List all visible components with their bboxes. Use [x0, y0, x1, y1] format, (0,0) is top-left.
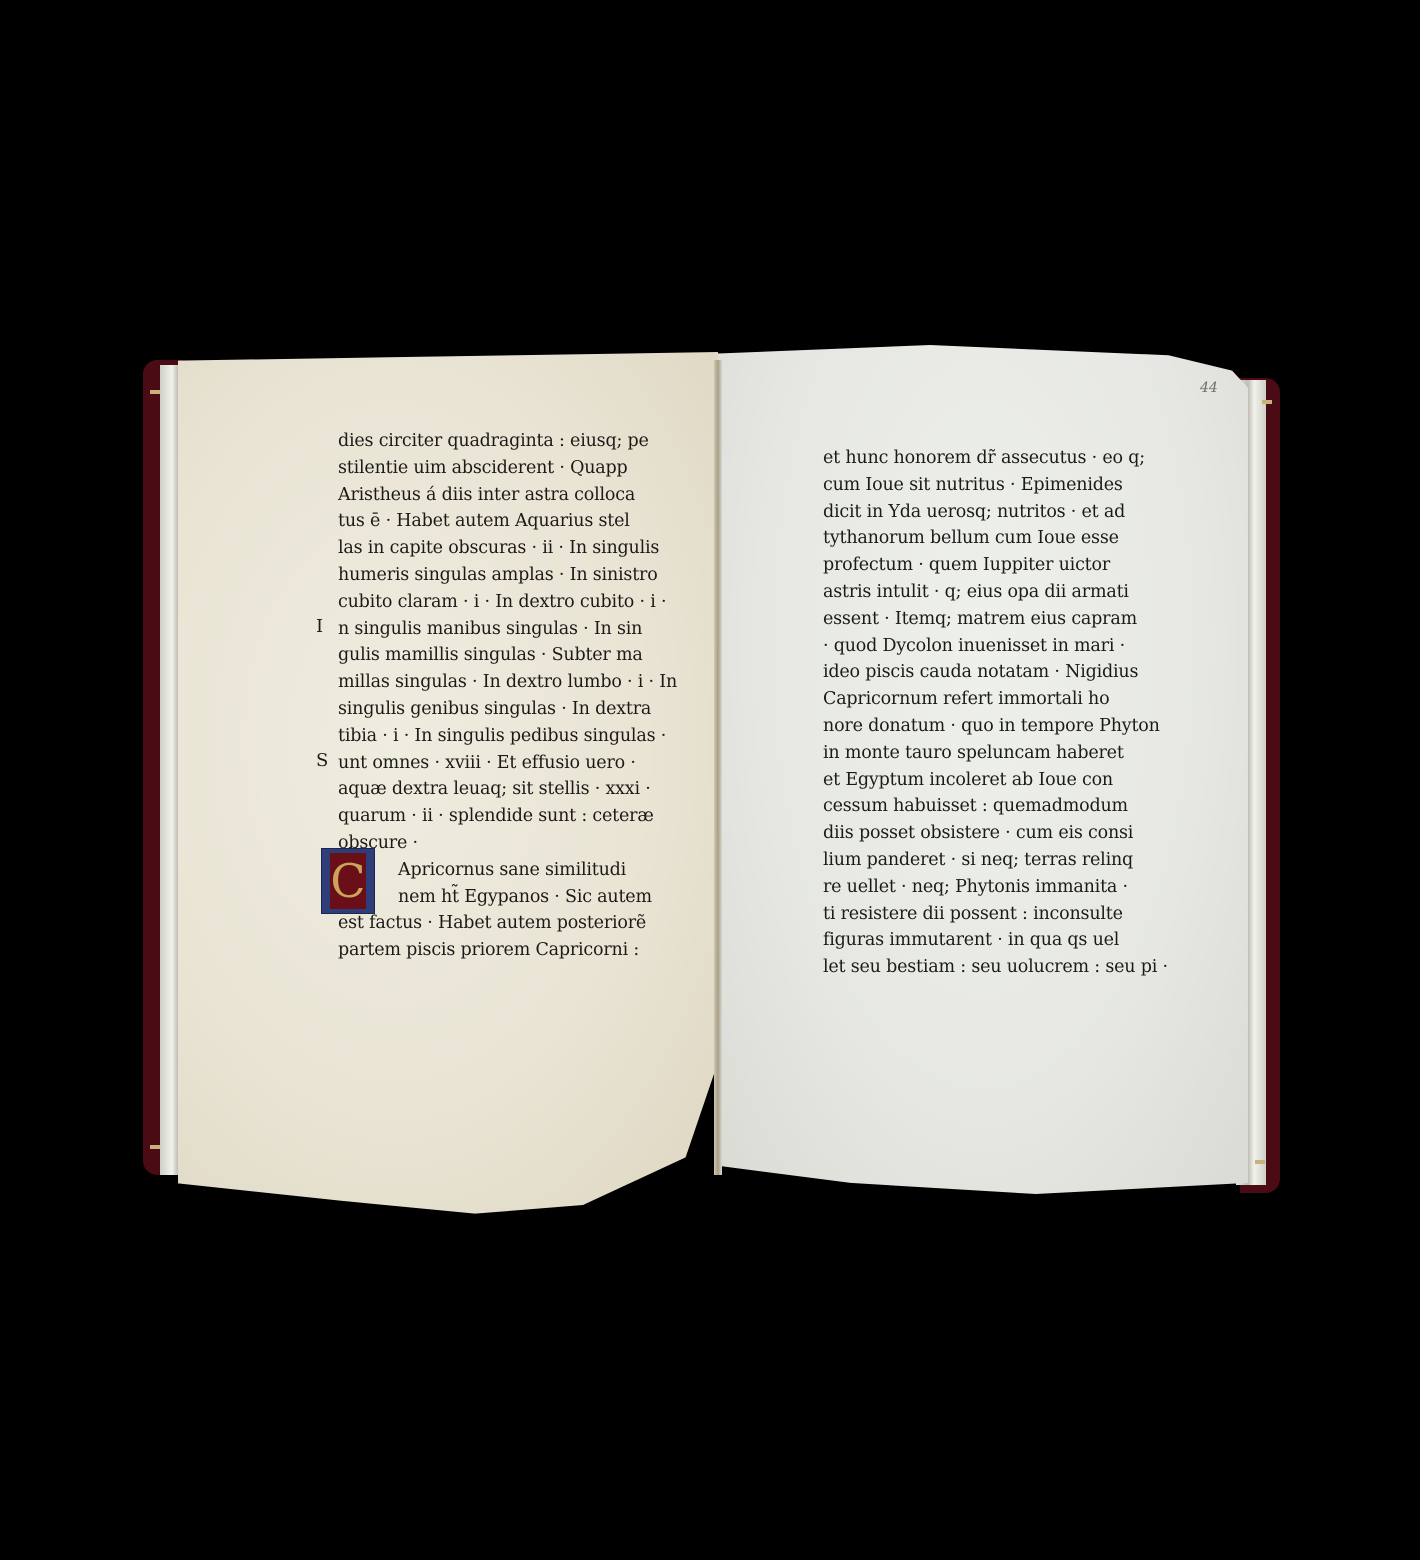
text-line: Capricornum refert immortali ho — [823, 686, 1168, 713]
book-gutter — [714, 360, 722, 1175]
text-line: cum Ioue sit nutritus · Epimenides — [823, 472, 1168, 499]
illuminated-initial: C — [321, 848, 375, 914]
text-line: dies circiter quadraginta : eiusq; pe — [338, 428, 677, 455]
text-line: obscure · — [338, 830, 677, 857]
text-line: millas singulas · In dextro lumbo · i · … — [338, 669, 677, 696]
text-line: stilentie uim absciderent · Quapp — [338, 455, 677, 482]
text-line: n singulis manibus singulas · In sin — [338, 616, 677, 643]
text-line: aquæ dextra leuaq; sit stellis · xxxi · — [338, 776, 677, 803]
initial-letter: C — [330, 853, 366, 909]
left-page-text: dies circiter quadraginta : eiusq; pe st… — [338, 428, 677, 964]
text-line: essent · Itemq; matrem eius capram — [823, 606, 1168, 633]
text-line: astris intulit · q; eius opa dii armati — [823, 579, 1168, 606]
text-line: diis posset obsistere · cum eis consi — [823, 820, 1168, 847]
text-line: let seu bestiam : seu uolucrem : seu pi … — [823, 954, 1168, 981]
text-line: Apricornus sane similitudi — [338, 857, 677, 884]
text-line: figuras immutarent · in qua qs uel — [823, 927, 1168, 954]
gilt-band-right-top — [1262, 400, 1272, 404]
text-line: partem piscis priorem Capricorni : — [338, 937, 677, 964]
text-line: ti resistere dii possent : inconsulte — [823, 901, 1168, 928]
text-line: lium panderet · si neq; terras relinq — [823, 847, 1168, 874]
text-line: re uellet · neq; Phytonis immanita · — [823, 874, 1168, 901]
text-line: tus ē · Habet autem Aquarius stel — [338, 508, 677, 535]
text-line: et hunc honorem dr̃ assecutus · eo q; — [823, 445, 1168, 472]
text-line: quarum · ii · splendide sunt : ceteræ — [338, 803, 677, 830]
open-book: 44 dies circiter quadraginta : eiusq; pe… — [0, 0, 1420, 1560]
text-line: unt omnes · xviii · Et effusio uero · — [338, 750, 677, 777]
text-line: nem ht̃ Egypanos · Sic autem — [338, 884, 677, 911]
text-line: humeris singulas amplas · In sinistro — [338, 562, 677, 589]
folio-number: 44 — [1200, 380, 1218, 396]
text-line: ideo piscis cauda notatam · Nigidius — [823, 659, 1168, 686]
text-line: in monte tauro speluncam haberet — [823, 740, 1168, 767]
marginal-letter: I — [316, 616, 323, 637]
text-line: cubito claram · i · In dextro cubito · i… — [338, 589, 677, 616]
text-line: est factus · Habet autem posteriorẽ — [338, 910, 677, 937]
text-line: cessum habuisset : quemadmodum — [823, 793, 1168, 820]
right-page-text: et hunc honorem dr̃ assecutus · eo q; cu… — [823, 445, 1168, 981]
text-line: · quod Dycolon inuenisset in mari · — [823, 633, 1168, 660]
text-line: tibia · i · In singulis pedibus singulas… — [338, 723, 677, 750]
marginal-letter: S — [316, 750, 328, 771]
gilt-band-left-bottom — [150, 1145, 160, 1149]
gilt-band-left-top — [150, 390, 160, 394]
text-line: profectum · quem Iuppiter uictor — [823, 552, 1168, 579]
text-line: singulis genibus singulas · In dextra — [338, 696, 677, 723]
text-line: las in capite obscuras · ii · In singuli… — [338, 535, 677, 562]
text-line: dicit in Yda uerosq; nutritos · et ad — [823, 499, 1168, 526]
text-line: gulis mamillis singulas · Subter ma — [338, 642, 677, 669]
text-line: nore donatum · quo in tempore Phyton — [823, 713, 1168, 740]
text-line: Aristheus á diis inter astra colloca — [338, 482, 677, 509]
text-line: tythanorum bellum cum Ioue esse — [823, 525, 1168, 552]
text-line: et Egyptum incoleret ab Ioue con — [823, 767, 1168, 794]
gilt-band-right-bottom — [1255, 1160, 1265, 1164]
